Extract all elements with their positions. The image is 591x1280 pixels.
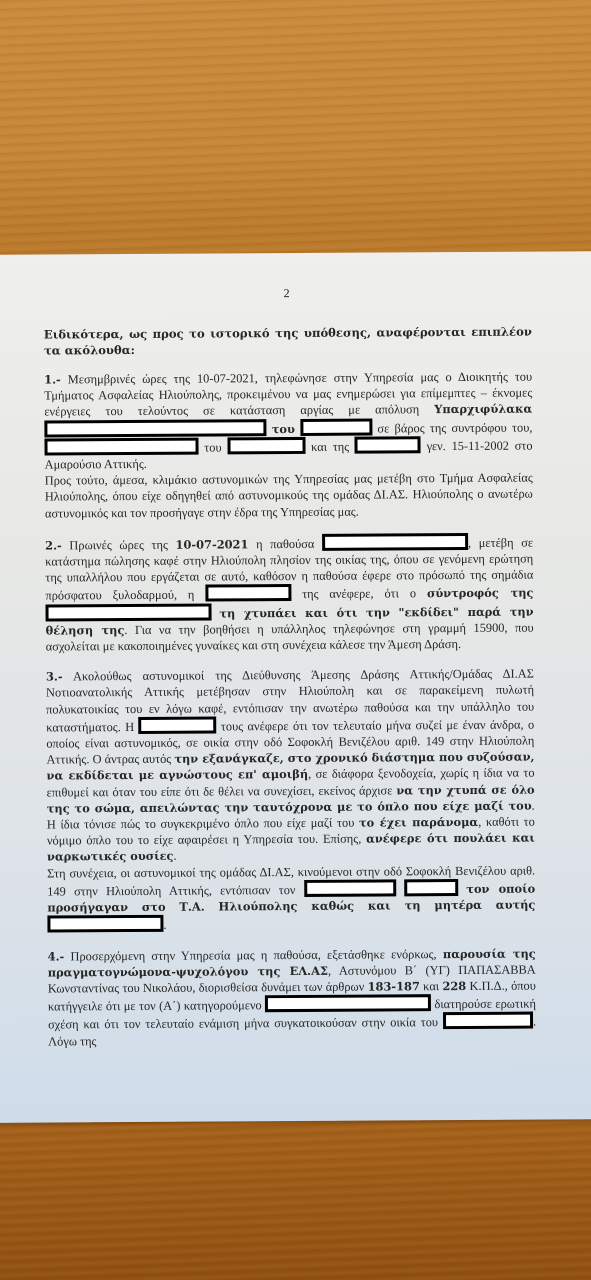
text: η παθούσα [256,537,314,551]
redaction-box [322,533,468,551]
section-3: 3.- Ακολούθως αστυνομικοί της Διεύθυνσης… [46,666,536,934]
text-bold: 10-07-2021 [175,537,248,551]
redaction-box [44,437,198,455]
intro-heading: Ειδικότερα, ως προς το ιστορικό της υπόθ… [44,324,532,359]
section-number: 4.- [48,949,65,963]
redaction-box [265,994,431,1012]
text: της ανέφερε, ότι ο [302,587,416,602]
redaction-box [205,584,291,602]
section-4: 4.- Προσερχόμενη στην Υπηρεσία μας η παθ… [48,945,537,1049]
redaction-box [138,716,216,733]
text: Προσερχόμενη στην Υπηρεσία μας η παθούσα… [70,947,436,963]
redaction-box [304,879,396,897]
text: και [423,979,439,993]
text: και της [311,439,349,453]
text: Πρωινές ώρες της [69,538,168,553]
document-body: Ειδικότερα, ως προς το ιστορικό της υπόθ… [44,324,536,1064]
text: . [163,918,166,932]
text-bold: Υπαρχιφύλακα [434,402,532,417]
text: . [173,849,176,863]
redaction-box [443,1012,533,1030]
page-number: 2 [284,286,290,301]
redaction-box [227,437,305,454]
text: του [204,440,221,454]
redaction-box [300,418,372,435]
redaction-box [404,879,458,896]
text: Στη συνέχεια, οι αστυνομικοί της ομάδας … [47,863,535,898]
document-page: 2 Ειδικότερα, ως προς το ιστορικό της υπ… [0,251,591,1123]
section-1: 1.- Μεσημβρινές ώρες της 10-07-2021, τηλ… [44,369,533,522]
section-number: 2.- [45,538,62,552]
redaction-box [45,603,211,621]
text: Προς τούτο, άμεσα, κλιμάκιο αστυνομικών … [45,471,533,520]
section-number: 1.- [44,372,61,386]
section-2: 2.- Πρωινές ώρες της 10-07-2021 η παθούσ… [45,532,534,654]
text-bold: 183-187 [368,979,420,993]
text-bold: σύντροφός της [427,586,534,601]
redaction-box [47,915,163,933]
section-number: 3.- [46,670,63,684]
text: σε βάρος της συντρόφου του, [377,420,532,435]
text-bold: το έχει παράνομα [359,815,478,830]
redaction-box [44,419,266,437]
redaction-box [355,436,421,453]
text-bold: του [272,422,295,436]
text-bold: 228 [442,979,466,993]
